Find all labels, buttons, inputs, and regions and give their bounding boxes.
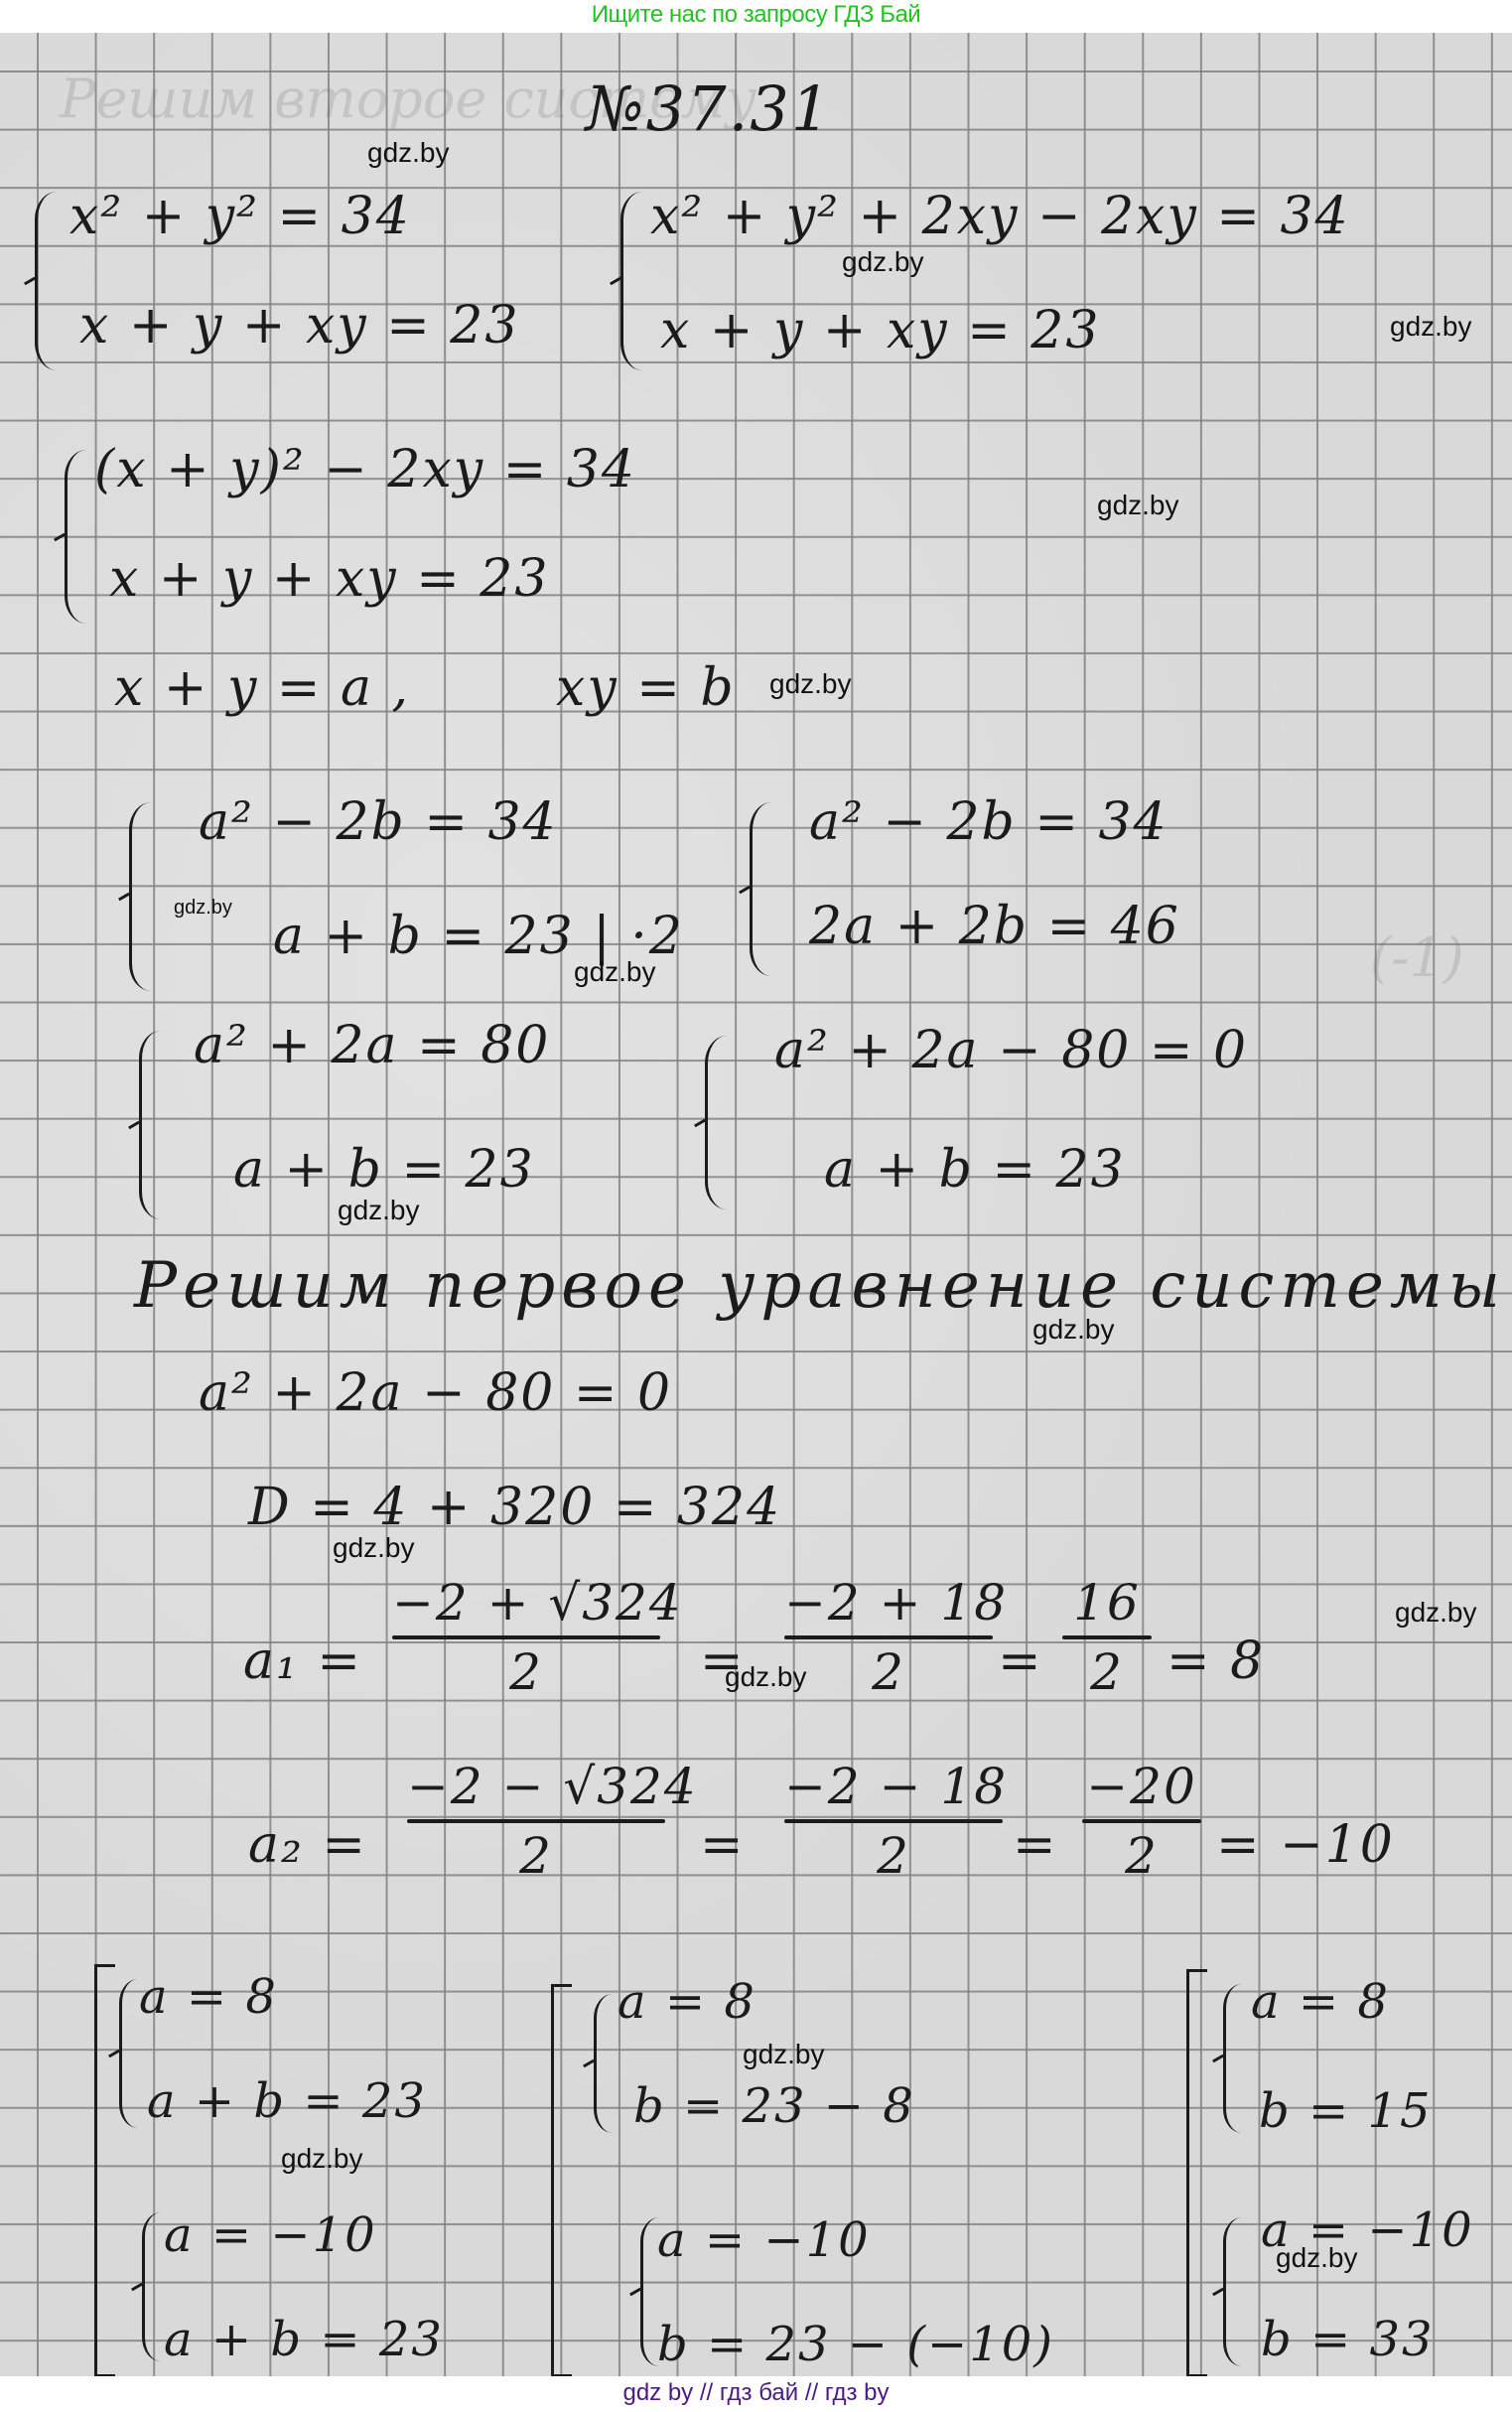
watermark: gdz.by [333, 1532, 415, 1564]
system2-eq1: x² + y² + 2xy − 2xy = 34 [650, 187, 1350, 246]
fraction-bar [1062, 1635, 1152, 1639]
problem-number: №37.31 [586, 72, 832, 145]
system-brace [35, 192, 58, 370]
quadratic-equation: a² + 2a − 80 = 0 [199, 1363, 672, 1423]
watermark: gdz.by [842, 246, 924, 278]
system1-eq2: x + y + xy = 23 [79, 296, 519, 355]
watermark: gdz.by [1097, 490, 1179, 521]
root1-fraction-3: 16 2 [1062, 1572, 1152, 1703]
root1-label: a₁ = [243, 1632, 362, 1691]
fraction-bar [1082, 1819, 1201, 1823]
set1-caseA-eq1: a = 8 [139, 1969, 278, 2025]
root1-fraction-2: −2 + 18 2 [784, 1572, 993, 1703]
root2-fraction-3: −20 2 [1082, 1756, 1201, 1887]
numerator: 16 [1062, 1572, 1152, 1633]
equals-sign: = [700, 1815, 746, 1875]
graph-paper-page: Решим второе систему (-1) №37.31 gdz.by … [0, 33, 1512, 2376]
watermark: gdz.by [281, 2143, 363, 2175]
system-brace [1223, 1984, 1242, 2133]
set1-caseB-eq2: a + b = 23 [164, 2312, 444, 2367]
watermark: gdz.by [574, 956, 656, 988]
set3-caseB-eq2: b = 33 [1261, 2312, 1435, 2367]
denominator: 2 [784, 1825, 1003, 1887]
denominator: 2 [784, 1641, 993, 1703]
equals-sign: = [998, 1632, 1043, 1691]
system3-eq1: (x + y)² − 2xy = 34 [94, 440, 636, 499]
system2-eq2: x + y + xy = 23 [660, 301, 1100, 360]
bleed-through-text: (-1) [1370, 926, 1464, 989]
watermark: gdz.by [1032, 1314, 1115, 1346]
root1-result: = 8 [1167, 1632, 1265, 1691]
set2-caseB-eq2: b = 23 − (−10) [657, 2317, 1054, 2372]
watermark: gdz.by [1395, 1597, 1477, 1629]
set-bracket [551, 1984, 572, 2377]
substitution-a: x + y = a , [114, 658, 410, 718]
root2-result: = −10 [1216, 1815, 1395, 1875]
system-brace [594, 1994, 613, 2133]
fraction-bar [407, 1819, 665, 1823]
numerator: −2 − √324 [407, 1756, 665, 1817]
set-bracket [1186, 1969, 1207, 2377]
numerator: −2 + √324 [392, 1572, 660, 1633]
system-brace [119, 1979, 138, 2128]
system7-eq1: a² + 2a − 80 = 0 [774, 1021, 1248, 1080]
fraction-bar [784, 1819, 1003, 1823]
fraction-bar [392, 1635, 660, 1639]
set3-caseA-eq2: b = 15 [1259, 2083, 1433, 2139]
fraction-bar [784, 1635, 993, 1639]
system6-eq1: a² + 2a = 80 [194, 1016, 550, 1075]
denominator: 2 [1082, 1825, 1201, 1887]
watermark: gdz.by [174, 897, 232, 920]
watermark: gdz.by [1390, 311, 1472, 343]
root2-label: a₂ = [248, 1815, 367, 1875]
system-brace [142, 2212, 161, 2361]
watermark: gdz.by [1276, 2242, 1358, 2274]
system-brace [1223, 2217, 1242, 2366]
system-brace [750, 802, 772, 976]
root1-fraction-1: −2 + √324 2 [392, 1572, 660, 1703]
system-brace [139, 1031, 162, 1219]
set2-caseA-eq1: a = 8 [618, 1974, 756, 2030]
system1-eq1: x² + y² = 34 [69, 187, 411, 246]
watermark: gdz.by [338, 1195, 420, 1226]
denominator: 2 [1062, 1641, 1152, 1703]
numerator: −20 [1082, 1756, 1201, 1817]
system-brace [705, 1036, 728, 1209]
substitution-b: xy = b [556, 658, 736, 718]
discriminant: D = 4 + 320 = 324 [248, 1478, 781, 1537]
equals-sign: = [1013, 1815, 1058, 1875]
denominator: 2 [407, 1825, 665, 1887]
top-search-banner: Ищите нас по запросу ГДЗ Бай [0, 0, 1512, 33]
bottom-site-banner: gdz by // гдз бай // гдз by [0, 2376, 1512, 2412]
system7-eq2: a + b = 23 [824, 1140, 1126, 1200]
system5-eq1: a² − 2b = 34 [809, 792, 1168, 852]
numerator: −2 − 18 [784, 1756, 1003, 1817]
set-bracket [94, 1964, 115, 2377]
watermark: gdz.by [725, 1661, 807, 1693]
numerator: −2 + 18 [784, 1572, 993, 1633]
watermark: gdz.by [743, 2039, 825, 2070]
system-brace [620, 192, 643, 370]
system5-eq2: 2a + 2b = 46 [809, 897, 1180, 956]
system6-eq2: a + b = 23 [233, 1140, 535, 1200]
watermark: gdz.by [769, 668, 852, 700]
set1-caseA-eq2: a + b = 23 [147, 2073, 427, 2129]
set3-caseA-eq1: a = 8 [1251, 1974, 1390, 2030]
set1-caseB-eq1: a = −10 [164, 2207, 377, 2263]
watermark: gdz.by [367, 137, 450, 169]
root2-fraction-1: −2 − √324 2 [407, 1756, 665, 1887]
system-brace [129, 802, 152, 991]
denominator: 2 [392, 1641, 660, 1703]
system3-eq2: x + y + xy = 23 [109, 549, 549, 609]
system-brace [65, 450, 87, 624]
set2-caseB-eq1: a = −10 [657, 2212, 871, 2268]
system4-eq1: a² − 2b = 34 [199, 792, 558, 852]
root2-fraction-2: −2 − 18 2 [784, 1756, 1003, 1887]
set2-caseA-eq2: b = 23 − 8 [633, 2078, 915, 2134]
solve-first-equation-sentence: Решим первое уравнение системы [134, 1249, 1506, 1323]
